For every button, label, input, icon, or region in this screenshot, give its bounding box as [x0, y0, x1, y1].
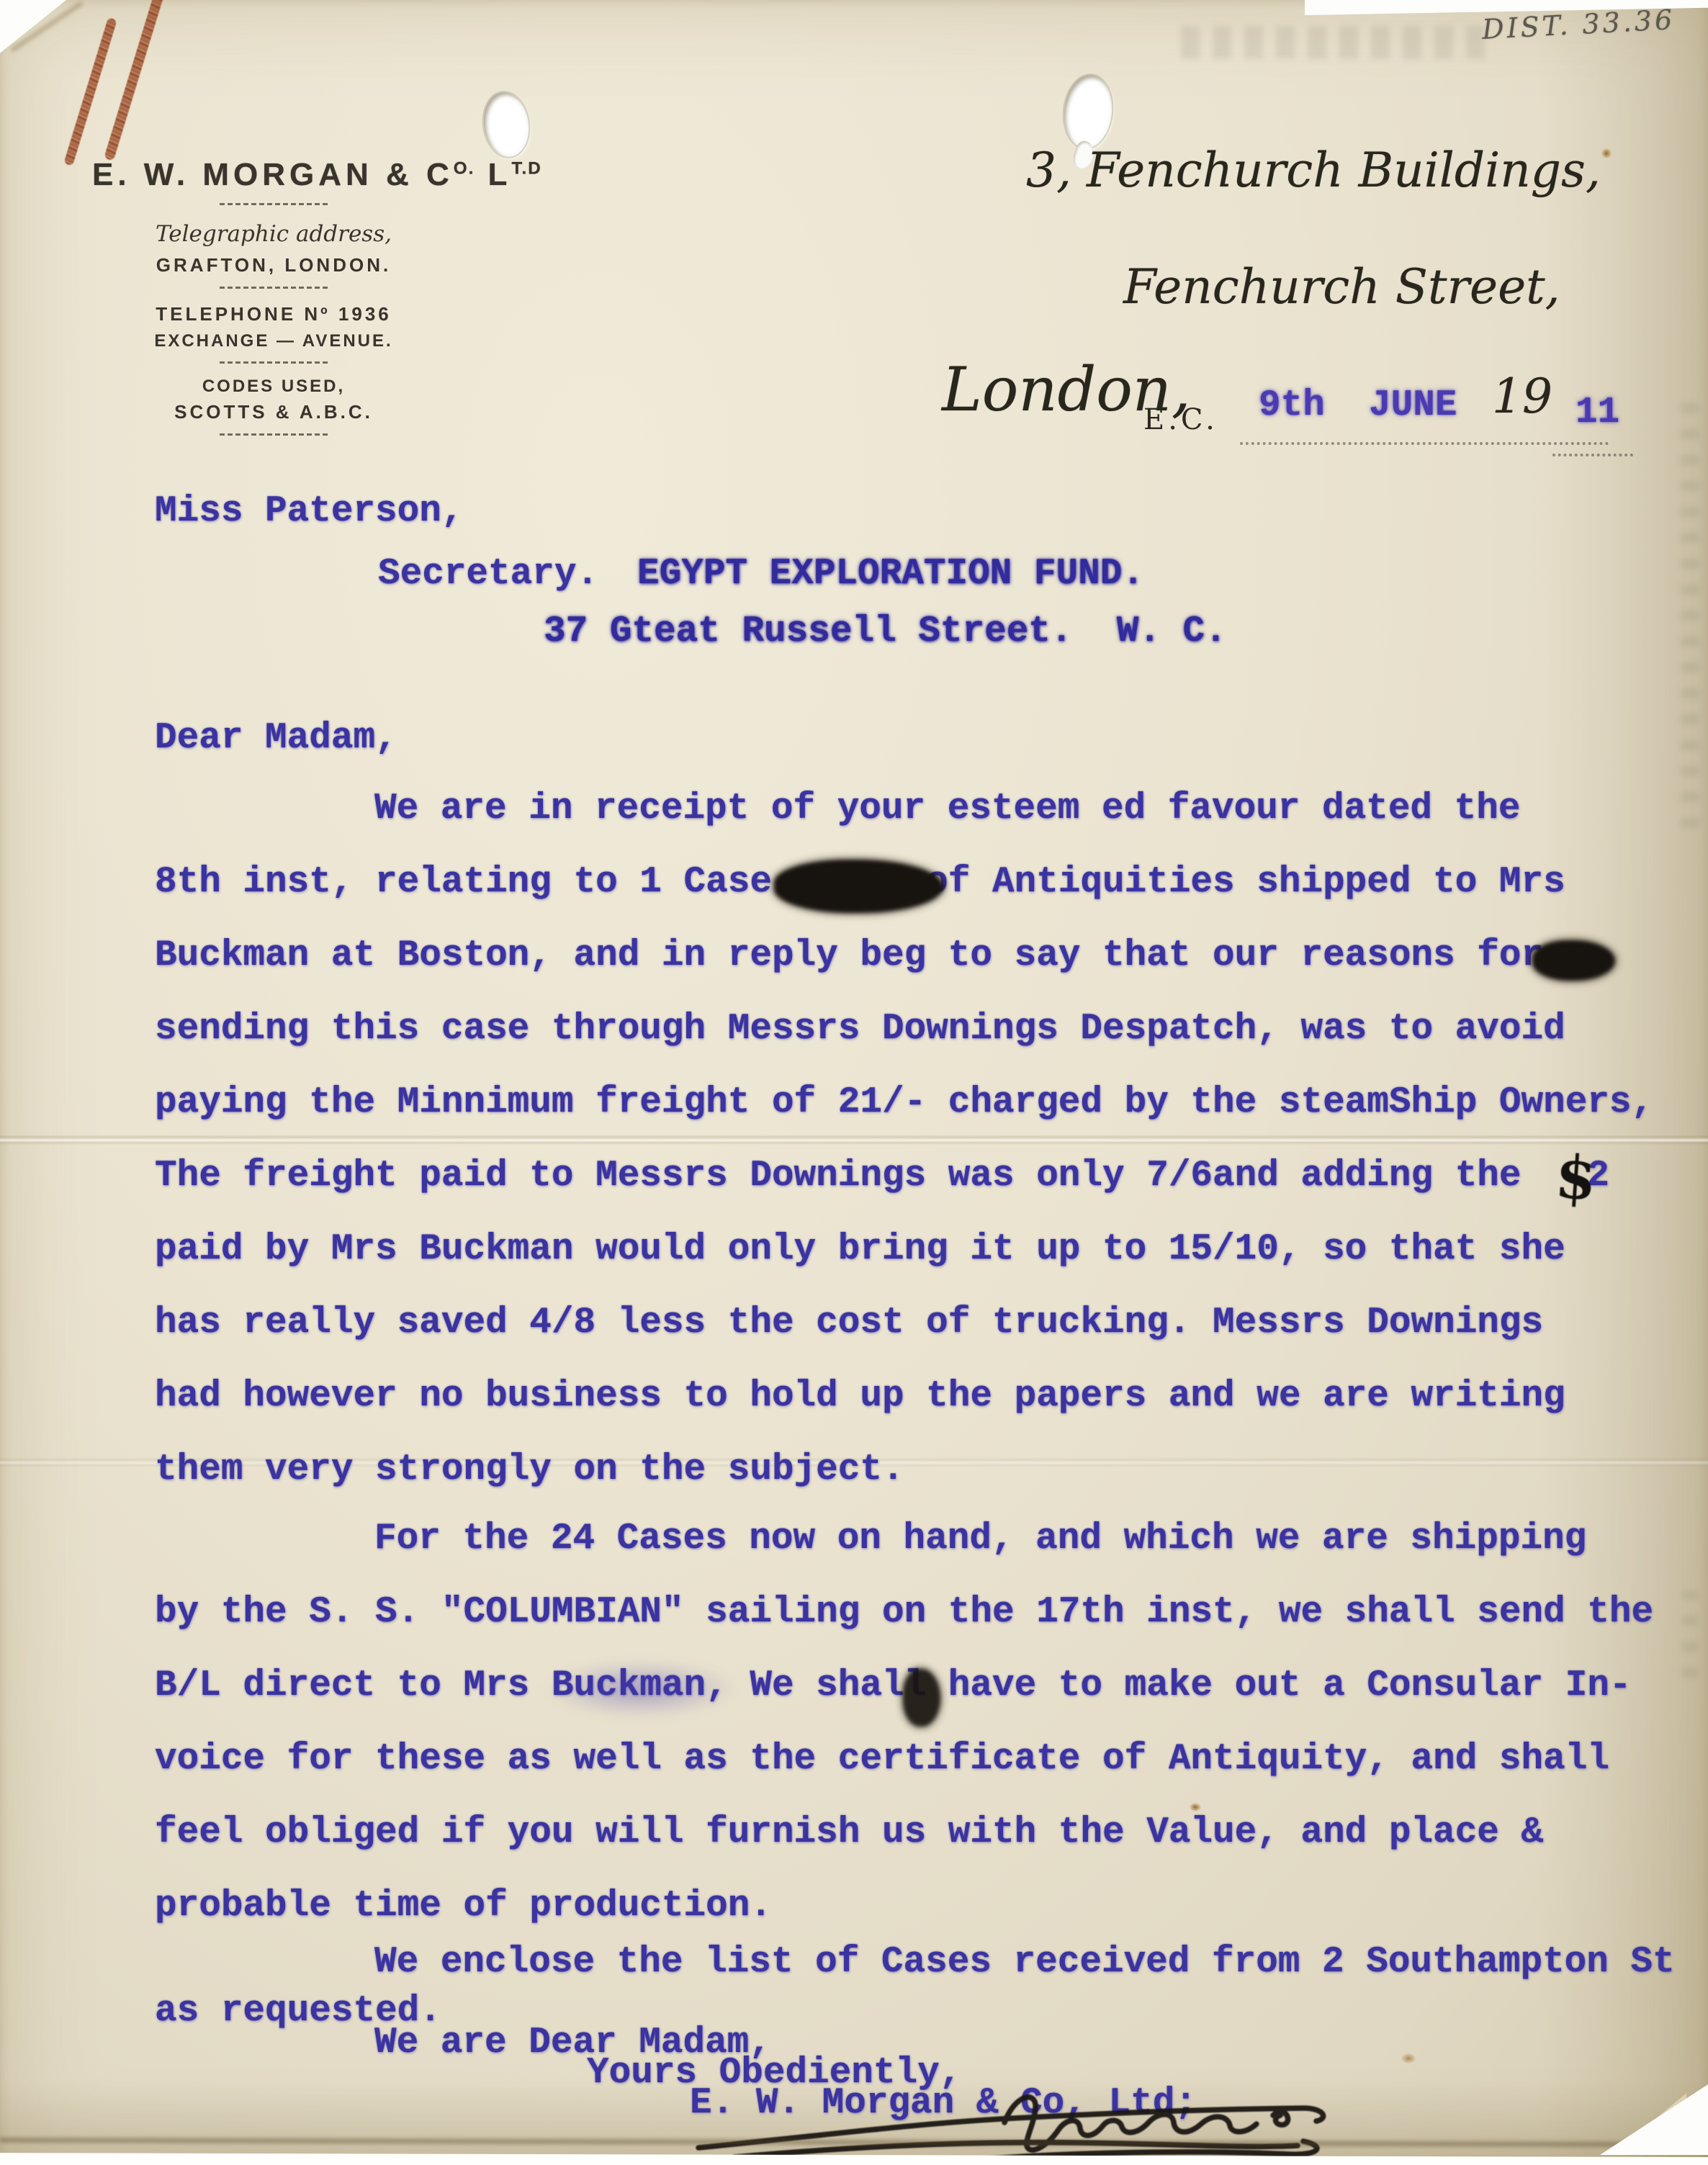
body-line: We enclose the list of Cases received fr… [374, 1944, 1675, 1981]
date-typed: 9th JUNE [1259, 387, 1457, 424]
rule-divider [220, 203, 328, 205]
body-line: We are in receipt of your esteem ed favo… [374, 791, 1520, 827]
address-street: Fenchurch Street, [1123, 259, 1560, 315]
exchange-line: EXCHANGE — AVENUE. [92, 331, 455, 351]
stain-speck [1190, 1803, 1201, 1811]
body-line: probable time of production. [155, 1888, 772, 1925]
body-line: B/L direct to Mrs Buckman, We shall have… [155, 1667, 1632, 1704]
body-line: paid by Mrs Buckman would only bring it … [155, 1231, 1565, 1268]
recipient-name: Miss Paterson, [155, 493, 463, 530]
stain-speck [1601, 148, 1612, 158]
codes-value: SCOTTS & A.B.C. [92, 401, 455, 423]
fold-crease [0, 1135, 1708, 1145]
telephone-line: TELEPHONE Nº 1936 [92, 303, 455, 325]
scanned-letter-page: DIST. 33.36 E. W. MORGAN & CO. LT.D Tele… [0, 0, 1708, 2165]
rule-divider [220, 361, 328, 364]
codes-label: CODES USED, [92, 377, 455, 397]
body-line: sending this case through Messrs Downing… [155, 1011, 1565, 1048]
bleed-through-mark [1681, 403, 1699, 828]
body-line: Buckman at Boston, and in reply beg to s… [155, 937, 1543, 974]
handwritten-dollar-mark: $ [1553, 1142, 1599, 1214]
ink-blot-redaction [774, 860, 943, 913]
rule-divider [220, 287, 328, 289]
company-name: E. W. MORGAN & CO. LT.D [92, 157, 455, 193]
ink-blot-redaction [1532, 940, 1615, 981]
body-line: The freight paid to Messrs Downings was … [155, 1158, 1609, 1194]
telegraphic-value: GRAFTON, LONDON. [92, 254, 455, 276]
body-line: paying the Minnimum freight of 21/- char… [155, 1084, 1653, 1121]
rule-divider [220, 433, 328, 436]
body-line: has really saved 4/8 less the cost of tr… [155, 1305, 1543, 1341]
body-line: For the 24 Cases now on hand, and which … [374, 1521, 1586, 1557]
bleed-through-mark [1682, 1591, 1698, 1678]
bleed-through-mark [1181, 26, 1498, 59]
letterhead-left: E. W. MORGAN & CO. LT.D Telegraphic addr… [92, 157, 455, 436]
body-line: feel obliged if you will furnish us with… [155, 1814, 1543, 1851]
body-line: voice for these as well as the certifica… [155, 1741, 1609, 1778]
body-line: by the S. S. "COLUMBIAN" sailing on the … [155, 1594, 1653, 1631]
recipient-organization: EGYPT EXPLORATION FUND. [637, 556, 1144, 593]
body-line: had however no business to hold up the p… [155, 1378, 1565, 1415]
punch-hole [1061, 73, 1115, 150]
letter-paper: DIST. 33.36 E. W. MORGAN & CO. LT.D Tele… [0, 0, 1708, 2165]
body-line: them very strongly on the subject. [155, 1451, 904, 1488]
ink-smudge [544, 1660, 737, 1718]
date-year-printed: 19 [1492, 369, 1552, 424]
signature-ink [677, 2079, 1512, 2164]
scan-corner-bottom-right [1600, 2084, 1708, 2155]
recipient-role: Secretary. [378, 556, 598, 593]
recipient-street: 37 Gteat Russell Street. W. C. [544, 613, 1227, 650]
ink-blot [903, 1669, 940, 1727]
address-buildings: 3, Fenchurch Buildings, [1026, 143, 1601, 198]
address-district: E.C. [1143, 403, 1218, 436]
date-year-typed: 11 [1576, 395, 1619, 431]
telegraphic-label: Telegraphic address, [92, 221, 455, 247]
punch-hole [480, 89, 533, 160]
stain-speck [1401, 2053, 1416, 2063]
salutation: Dear Madam, [155, 720, 397, 757]
